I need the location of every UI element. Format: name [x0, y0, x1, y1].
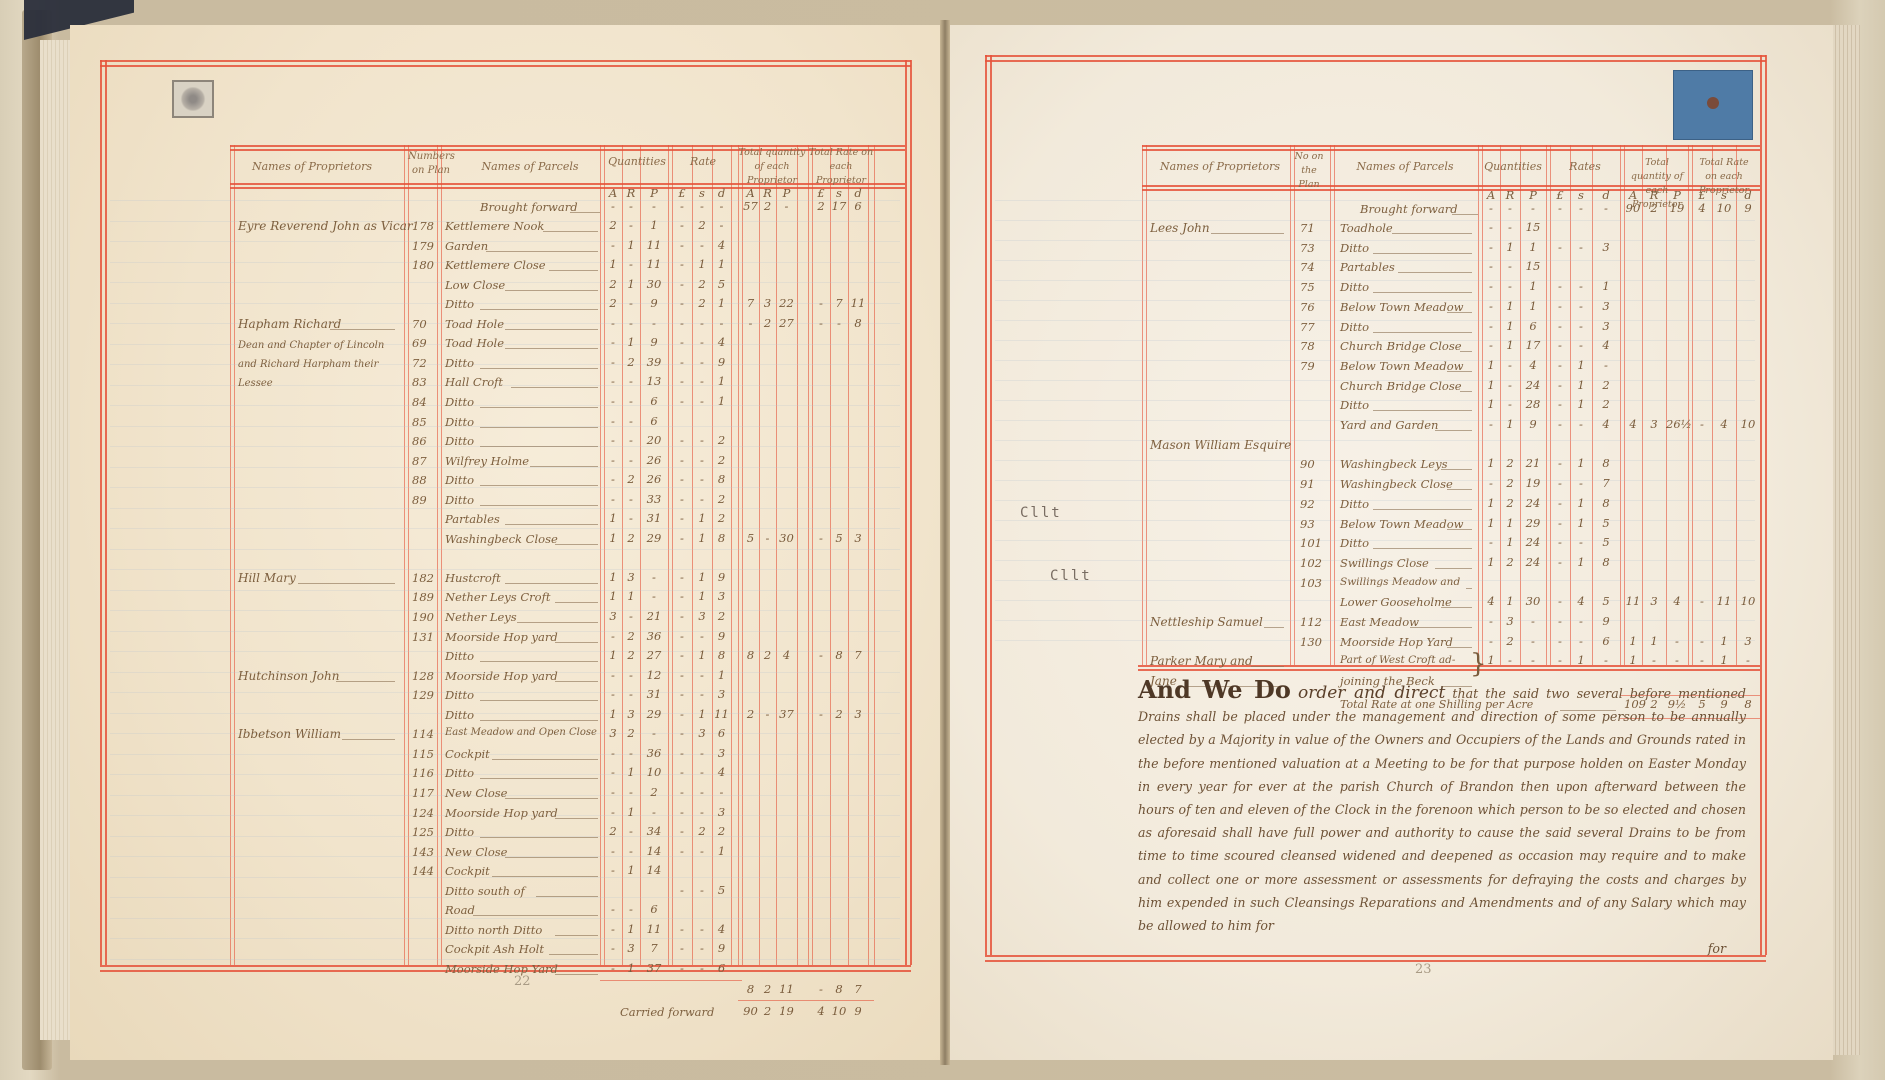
unit-label: A [1624, 188, 1642, 202]
table-row: 79Below Town Meadow1-4-1- [0, 358, 1885, 378]
qty-cell: 1 [622, 805, 640, 819]
rate-cell: - [672, 961, 692, 975]
ruled-line [985, 55, 1766, 57]
parcel-name: Yard and Garden [1340, 418, 1438, 432]
proprietor-name: Ibbetson William [238, 727, 341, 741]
plan-number: 75 [1300, 280, 1315, 294]
rate-cell: 1 [1570, 378, 1592, 392]
parcel-name: Church Bridge Close [1340, 379, 1462, 393]
tq-cell: - [1666, 634, 1688, 648]
leader-line [1447, 529, 1472, 530]
qty-cell: 1 [1482, 456, 1500, 470]
parcel-name: Below Town Meadow [1340, 517, 1464, 531]
leader-line [1441, 607, 1472, 608]
header-total-quantity: Total quantity of each Proprietor [738, 146, 806, 188]
leader-line [505, 798, 598, 799]
qty-cell: - [622, 902, 640, 916]
tr-cell: 8 [830, 982, 848, 996]
qty-cell: 2 [1500, 456, 1520, 470]
carried-forward-label: Carried forward [620, 1005, 714, 1019]
qty-cell: 29 [1520, 516, 1546, 530]
qty-cell: - [622, 785, 640, 799]
qty-cell: - [1520, 653, 1546, 667]
rate-cell: - [672, 746, 692, 760]
tr-cell: - [1692, 417, 1712, 431]
qty-cell: 4 [1482, 594, 1500, 608]
parcel-name: Swillings Close [1340, 556, 1429, 570]
rate-cell: 1 [1592, 279, 1620, 293]
qty-cell: - [604, 746, 622, 760]
ruled-line [985, 60, 1766, 62]
rate-cell: 2 [1592, 397, 1620, 411]
plan-number: 124 [412, 806, 434, 820]
plan-number: 117 [412, 786, 434, 800]
qty-cell: 24 [1520, 555, 1546, 569]
tr-cell: - [1692, 594, 1712, 608]
leader-line [473, 915, 598, 916]
rate-cell: - [1570, 417, 1592, 431]
ruled-line [100, 65, 911, 67]
qty-cell: - [1482, 319, 1500, 333]
leader-line [1373, 548, 1472, 549]
paragraph-text: that the said two several before mention… [1138, 686, 1746, 933]
table-row: Ditto1-28-12 [0, 397, 1885, 417]
qty-cell: 1 [1500, 240, 1520, 254]
qty-cell: - [604, 922, 622, 936]
leader-line [505, 857, 598, 858]
qty-cell: 4 [1520, 358, 1546, 372]
qty-cell: 1 [622, 863, 640, 877]
leader-line [492, 759, 598, 760]
qty-cell: - [604, 765, 622, 779]
qty-cell: 2 [1500, 634, 1520, 648]
proprietor-name: Parker Mary and [1150, 654, 1253, 668]
rate-cell: - [1570, 634, 1592, 648]
parcel-name: Ditto [1340, 280, 1369, 294]
parcel-name: Church Bridge Close [1340, 339, 1462, 353]
tq-cell: 90 [742, 1004, 759, 1018]
rate-cell: - [692, 746, 712, 760]
rate-cell: 3 [1592, 319, 1620, 333]
table-row: 92Ditto1224-18 [0, 496, 1885, 516]
qty-cell: 10 [640, 765, 668, 779]
margin-mark: Cllt [1050, 568, 1092, 584]
award-paragraph: And We Do order and direct that the said… [1138, 678, 1746, 960]
qty-cell: 1 [1520, 299, 1546, 313]
qty-cell: 34 [640, 824, 668, 838]
parcel-name: Ditto [1340, 497, 1369, 511]
leader-line [1435, 430, 1472, 431]
tr-cell: - [1692, 653, 1712, 667]
rate-cell: - [1550, 378, 1570, 392]
rate-cell: - [1550, 279, 1570, 293]
rate-cell: 1 [1570, 496, 1592, 510]
rate-cell: - [1550, 319, 1570, 333]
rate-cell: - [1550, 535, 1570, 549]
qty-cell: - [604, 961, 622, 975]
rate-cell: - [1570, 614, 1592, 628]
rate-cell: 1 [1570, 397, 1592, 411]
leader-line [1460, 391, 1472, 392]
header-quantities: Quantities [1480, 160, 1546, 174]
parcel-name: Part of West Croft ad- [1340, 654, 1455, 666]
rate-cell: - [1550, 338, 1570, 352]
tq-cell: 1 [1624, 653, 1642, 667]
qty-cell: 1 [1482, 397, 1500, 411]
ruled-line [738, 1000, 874, 1001]
table-row: Mason William Esquire [0, 437, 1885, 457]
leader-line [1435, 568, 1472, 569]
tq-cell: 2 [759, 1004, 776, 1018]
rate-cell: - [1592, 653, 1620, 667]
parcel-name: Ditto [1340, 398, 1369, 412]
tq-cell: 11 [776, 982, 797, 996]
table-row: 101Ditto-124--5 [0, 535, 1885, 555]
table-row: 102Swillings Close1224-18 [0, 555, 1885, 575]
parcel-name: Ditto [1340, 536, 1369, 550]
plan-number: 74 [1300, 260, 1315, 274]
plan-number: 93 [1300, 517, 1315, 531]
leader-line [492, 876, 598, 877]
carried-forward-row: Carried forward902194109 [0, 1004, 1885, 1024]
qty-cell: 30 [1520, 594, 1546, 608]
parcel-name: East Meadow [1340, 615, 1419, 629]
table-row: Lower Gooseholme4130-451134-1110 [0, 594, 1885, 614]
qty-cell: - [1500, 358, 1520, 372]
rate-cell: - [712, 785, 731, 799]
parcel-name: Ditto north Ditto [445, 923, 542, 937]
tq-cell: 2 [759, 982, 776, 996]
rate-cell: 5 [712, 883, 731, 897]
leader-line [1264, 627, 1284, 628]
rate-cell: 3 [1592, 240, 1620, 254]
ruled-line [1142, 145, 1760, 147]
qty-cell: 14 [640, 863, 668, 877]
qty-cell: 1 [1500, 338, 1520, 352]
rate-cell: 1 [1570, 516, 1592, 530]
rate-cell: 6 [1592, 634, 1620, 648]
rate-cell: 2 [712, 824, 731, 838]
qty-cell: 2 [1500, 555, 1520, 569]
leader-line [555, 974, 598, 975]
qty-cell: - [1482, 338, 1500, 352]
table-row: Yard and Garden-19--44326½-410 [0, 417, 1885, 437]
rate-cell: - [692, 844, 712, 858]
rate-cell: - [672, 824, 692, 838]
header-proprietors: Names of Proprietors [232, 160, 392, 174]
qty-cell: 21 [1520, 456, 1546, 470]
rate-cell: - [1570, 279, 1592, 293]
rate-cell: - [1570, 476, 1592, 490]
table-row: 103Swillings Meadow and [0, 575, 1885, 595]
unit-label: s [1712, 188, 1736, 202]
table-row: 90Washingbeck Leys1221-18 [0, 456, 1885, 476]
leader-line [555, 935, 598, 936]
qty-cell: - [1500, 279, 1520, 293]
tr-cell: 4 [1712, 417, 1736, 431]
rate-cell: - [692, 785, 712, 799]
qty-cell: - [1520, 614, 1546, 628]
parcel-name: Cockpit Ash Holt [445, 942, 544, 956]
leader-line [536, 896, 598, 897]
qty-cell: - [604, 844, 622, 858]
qty-cell: 1 [1500, 594, 1520, 608]
qty-cell: 1 [1482, 378, 1500, 392]
rate-cell: 3 [712, 805, 731, 819]
rate-cell: 2 [1592, 378, 1620, 392]
qty-cell: 6 [640, 902, 668, 916]
qty-cell: 3 [604, 726, 622, 740]
rate-cell: - [1550, 594, 1570, 608]
leader-line [1392, 233, 1472, 234]
header-rates: Rates [1548, 160, 1622, 174]
tq-cell: 3 [1642, 594, 1666, 608]
leader-line [1447, 312, 1472, 313]
leader-line [1466, 588, 1472, 589]
qty-cell: - [1482, 201, 1500, 215]
tq-cell: - [1666, 653, 1688, 667]
unit-label: s [1570, 188, 1592, 202]
parcel-name: Washingbeck Close [1340, 477, 1453, 491]
leader-line [1373, 292, 1472, 293]
tr-cell: 9 [1736, 201, 1760, 215]
tr-cell: 11 [1712, 594, 1736, 608]
rate-cell: - [692, 805, 712, 819]
tq-cell: 4 [1624, 417, 1642, 431]
header-parcels: Names of Parcels [460, 160, 600, 174]
qty-cell: 1 [1482, 555, 1500, 569]
rate-cell: 5 [1592, 516, 1620, 530]
unit-label: £ [1550, 188, 1570, 202]
qty-cell: 2 [604, 824, 622, 838]
qty-cell: - [1500, 259, 1520, 273]
rate-cell: - [1550, 456, 1570, 470]
rate-cell: - [1570, 338, 1592, 352]
brought-forward-row: Brought forward------902194109 [0, 201, 1885, 221]
qty-cell: - [1482, 535, 1500, 549]
table-row: 73Ditto-11--3 [0, 240, 1885, 260]
rate-cell: - [672, 805, 692, 819]
rate-cell: 8 [1592, 496, 1620, 510]
header-total-rate: Total Rate on each Proprietor [808, 146, 874, 188]
leader-line [1447, 371, 1472, 372]
qty-cell: - [1482, 240, 1500, 254]
proprietor-name: Nettleship Samuel [1150, 615, 1263, 629]
rate-cell: 9 [1592, 614, 1620, 628]
parcel-name: Ditto [445, 825, 474, 839]
unit-label: A [1482, 188, 1500, 202]
leader-line [1373, 509, 1472, 510]
rate-cell: - [1592, 201, 1620, 215]
parcel-name: Moorside Hop yard [445, 806, 558, 820]
leader-line [1373, 253, 1472, 254]
header-proprietors: Names of Proprietors [1150, 160, 1290, 174]
rate-cell: - [1570, 240, 1592, 254]
unit-label: £ [1692, 188, 1712, 202]
parcel-name: Partables [1340, 260, 1395, 274]
qty-cell: - [1482, 279, 1500, 293]
plan-number: 90 [1300, 457, 1315, 471]
table-row: Nettleship Samuel112East Meadow-3---9 [0, 614, 1885, 634]
plan-number: 71 [1300, 221, 1315, 235]
qty-cell: 7 [640, 941, 668, 955]
rate-cell: - [672, 785, 692, 799]
qty-cell: - [1500, 220, 1520, 234]
plan-number: 115 [412, 747, 434, 761]
ruled-line [600, 980, 742, 981]
qty-cell: 1 [1482, 358, 1500, 372]
rate-cell: 8 [1592, 456, 1620, 470]
tq-cell: 19 [776, 1004, 797, 1018]
qty-cell: 1 [1500, 516, 1520, 530]
rate-cell: 9 [712, 941, 731, 955]
qty-cell: 9 [1520, 417, 1546, 431]
qty-cell: - [1482, 476, 1500, 490]
rate-cell: - [672, 922, 692, 936]
leader-line [342, 739, 395, 740]
rate-cell: - [1550, 397, 1570, 411]
leader-line [1398, 272, 1472, 273]
unit-label: R [1642, 188, 1666, 202]
paragraph-lead-italic: order and direct [1298, 683, 1445, 703]
qty-cell: - [1482, 220, 1500, 234]
leader-line [480, 837, 599, 838]
rate-cell: 4 [1592, 417, 1620, 431]
rate-cell: - [692, 765, 712, 779]
plan-number: 112 [1300, 615, 1322, 629]
parcel-name: Road [445, 903, 475, 917]
tq-cell: 3 [1642, 417, 1666, 431]
parcel-name: East Meadow and Open Close [445, 727, 597, 738]
parcel-name: Ditto [445, 766, 474, 780]
rate-cell: 1 [1570, 653, 1592, 667]
qty-cell: - [622, 746, 640, 760]
qty-cell: - [1482, 634, 1500, 648]
right-page-number: 23 [1415, 962, 1432, 977]
paragraph-lead: And We Do [1138, 675, 1291, 704]
leader-line [1251, 666, 1284, 667]
leader-line [1447, 647, 1472, 648]
qty-cell: 15 [1520, 259, 1546, 273]
qty-cell: - [1500, 397, 1520, 411]
tr-cell: 4 [812, 1004, 830, 1018]
parcel-name: New Close [445, 845, 507, 859]
table-row: 93Below Town Meadow1129-15 [0, 516, 1885, 536]
qty-cell: - [1482, 259, 1500, 273]
tq-cell: 1 [1642, 634, 1666, 648]
leader-line [1211, 233, 1284, 234]
tq-cell: - [1642, 653, 1666, 667]
parcel-name: Toadhole [1340, 221, 1393, 235]
ruled-line [1142, 149, 1760, 151]
leader-line [555, 818, 598, 819]
rate-cell: - [692, 883, 712, 897]
qty-cell: 2 [1500, 476, 1520, 490]
rate-cell: 7 [1592, 476, 1620, 490]
rate-cell: - [692, 922, 712, 936]
rate-cell: - [672, 765, 692, 779]
table-row: 130Moorside Hop Yard-2---611--13 [0, 634, 1885, 654]
qty-cell: - [1500, 653, 1520, 667]
qty-cell: 1 [622, 765, 640, 779]
rate-cell: - [1550, 634, 1570, 648]
tr-cell: - [812, 982, 830, 996]
header-rate: Rate [672, 155, 734, 169]
qty-cell: - [640, 805, 668, 819]
rate-cell: - [1550, 240, 1570, 254]
plan-number: 101 [1300, 536, 1322, 550]
qty-cell: 14 [640, 844, 668, 858]
plan-number: 125 [412, 825, 434, 839]
table-row: 91Washingbeck Close-219--7 [0, 476, 1885, 496]
plan-number: 103 [1300, 576, 1322, 590]
qty-cell: - [1520, 634, 1546, 648]
tq-cell: 19 [1666, 201, 1688, 215]
tr-cell: 1 [1712, 634, 1736, 648]
unit-label: d [1592, 188, 1620, 202]
qty-cell: 1 [1482, 496, 1500, 510]
rate-cell: 5 [1592, 594, 1620, 608]
rate-cell: - [692, 941, 712, 955]
rate-cell: 8 [1592, 555, 1620, 569]
table-row: 75Ditto--1--1 [0, 279, 1885, 299]
rate-cell: 4 [712, 765, 731, 779]
tr-cell: 3 [1736, 634, 1760, 648]
qty-cell: 37 [640, 961, 668, 975]
plan-number: 116 [412, 766, 434, 780]
qty-cell: - [604, 863, 622, 877]
tr-cell: 7 [848, 982, 868, 996]
parcel-name: Swillings Meadow and [1340, 576, 1460, 588]
rate-cell: 4 [1570, 594, 1592, 608]
rate-cell: - [1550, 358, 1570, 372]
qty-cell: - [1482, 614, 1500, 628]
tq-cell: 4 [1666, 594, 1688, 608]
rate-cell: - [672, 726, 692, 740]
proprietor-name: Lees John [1150, 221, 1210, 235]
rate-cell: - [1592, 358, 1620, 372]
leader-line [480, 778, 599, 779]
catchword: for [1138, 937, 1746, 960]
parcel-name: Below Town Meadow [1340, 359, 1464, 373]
qty-cell: 1 [622, 961, 640, 975]
rate-cell: 3 [712, 746, 731, 760]
qty-cell: - [1482, 417, 1500, 431]
unit-label: d [1736, 188, 1760, 202]
qty-cell: - [622, 844, 640, 858]
embossed-revenue-stamp [172, 80, 214, 118]
rate-cell: 3 [692, 726, 712, 740]
leader-line [1447, 489, 1472, 490]
parcel-name: Washingbeck Leys [1340, 457, 1448, 471]
qty-cell: 11 [640, 922, 668, 936]
tr-cell: 10 [1712, 201, 1736, 215]
table-row: Parker Mary andPart of West Croft ad-1--… [0, 653, 1885, 673]
parcel-name: Below Town Meadow [1340, 300, 1464, 314]
qty-cell: 2 [622, 726, 640, 740]
qty-cell: 1 [1500, 299, 1520, 313]
plan-number: 143 [412, 845, 434, 859]
rate-cell: 4 [1592, 338, 1620, 352]
parcel-name: New Close [445, 786, 507, 800]
tr-cell: 10 [830, 1004, 848, 1018]
tr-cell: - [1692, 634, 1712, 648]
parcel-name: Moorside Hop Yard [445, 962, 558, 976]
qty-cell: 17 [1520, 338, 1546, 352]
rate-cell: 2 [692, 824, 712, 838]
rate-cell: - [1570, 535, 1592, 549]
table-row: 76Below Town Meadow-11--3 [0, 299, 1885, 319]
